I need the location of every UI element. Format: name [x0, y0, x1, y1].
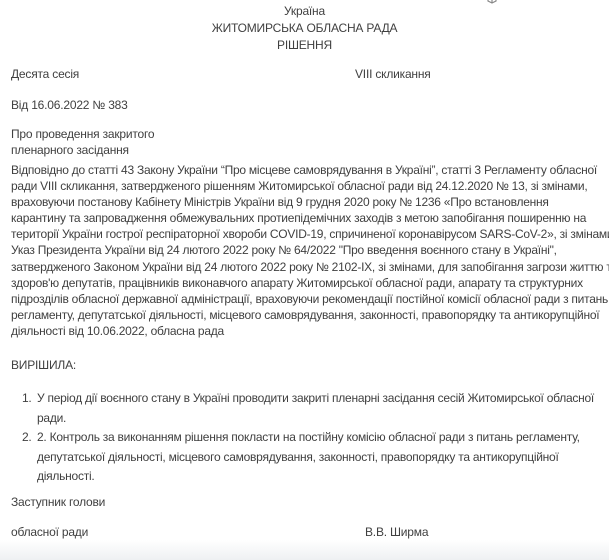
decision-text-line: У період дії воєнного стану в Україні пр…	[37, 389, 602, 409]
preamble-line: підрозділів обласної державної адміністр…	[11, 291, 601, 307]
preamble-line: здоров'ю депутатів, працівників виконавч…	[11, 275, 601, 291]
document-type-heading: РІШЕННЯ	[0, 38, 609, 52]
decision-text-line: 2. Контроль за виконанням рішення поклас…	[37, 428, 602, 448]
bottom-fade	[0, 540, 609, 560]
preamble-line: карантину та запровадження обмежувальних…	[11, 210, 601, 226]
preamble-line: враховуючи постанову Кабінету Міністрів …	[11, 194, 601, 210]
convocation-label: VIII скликання	[355, 67, 431, 81]
preamble-line: Указ Президента України від 24 лютого 20…	[11, 242, 601, 258]
preamble-paragraph: Відповідно до статті 43 Закону України “…	[11, 162, 601, 339]
country-heading: Україна	[0, 4, 609, 18]
decision-number: 2.	[22, 428, 32, 448]
decision-item: 1. У період дії воєнного стану в Україні…	[22, 389, 602, 428]
decision-text-line: діяльності.	[37, 467, 602, 487]
signatory-name: В.В. Ширма	[365, 525, 428, 539]
subject-line-2: пленарного засідання	[11, 143, 129, 157]
decision-text-line: ради.	[37, 409, 602, 429]
preamble-line: регламенту, депутатської діяльності, міс…	[11, 307, 601, 323]
decision-item: 2. 2. Контроль за виконанням рішення пок…	[22, 428, 602, 487]
decision-document: Україна ЖИТОМИРСЬКА ОБЛАСНА РАДА РІШЕННЯ…	[0, 0, 609, 560]
preamble-line: Відповідно до статті 43 Закону України “…	[11, 162, 601, 178]
decided-label: ВИРІШИЛА:	[11, 358, 76, 372]
decision-text-line: депутатської діяльності, місцевого самов…	[37, 448, 602, 468]
session-label: Десята сесія	[11, 67, 79, 81]
signatory-position-line-1: Заступник голови	[11, 495, 105, 509]
preamble-line: ради VIII скликання, затвердженого рішен…	[11, 178, 601, 194]
decision-number: 1.	[22, 389, 32, 409]
signatory-position-line-2: обласної ради	[11, 525, 88, 539]
decisions-list: 1. У період дії воєнного стану в Україні…	[22, 389, 602, 487]
date-number: Від 16.06.2022 № 383	[11, 98, 128, 112]
council-heading: ЖИТОМИРСЬКА ОБЛАСНА РАДА	[0, 21, 609, 35]
preamble-line: затвердженого Законом України від 24 лют…	[11, 259, 601, 275]
subject-line-1: Про проведення закритого	[11, 127, 154, 141]
preamble-line: діяльності від 10.06.2022, обласна рада	[11, 323, 601, 339]
preamble-line: території України гострої респіраторної …	[11, 226, 601, 242]
